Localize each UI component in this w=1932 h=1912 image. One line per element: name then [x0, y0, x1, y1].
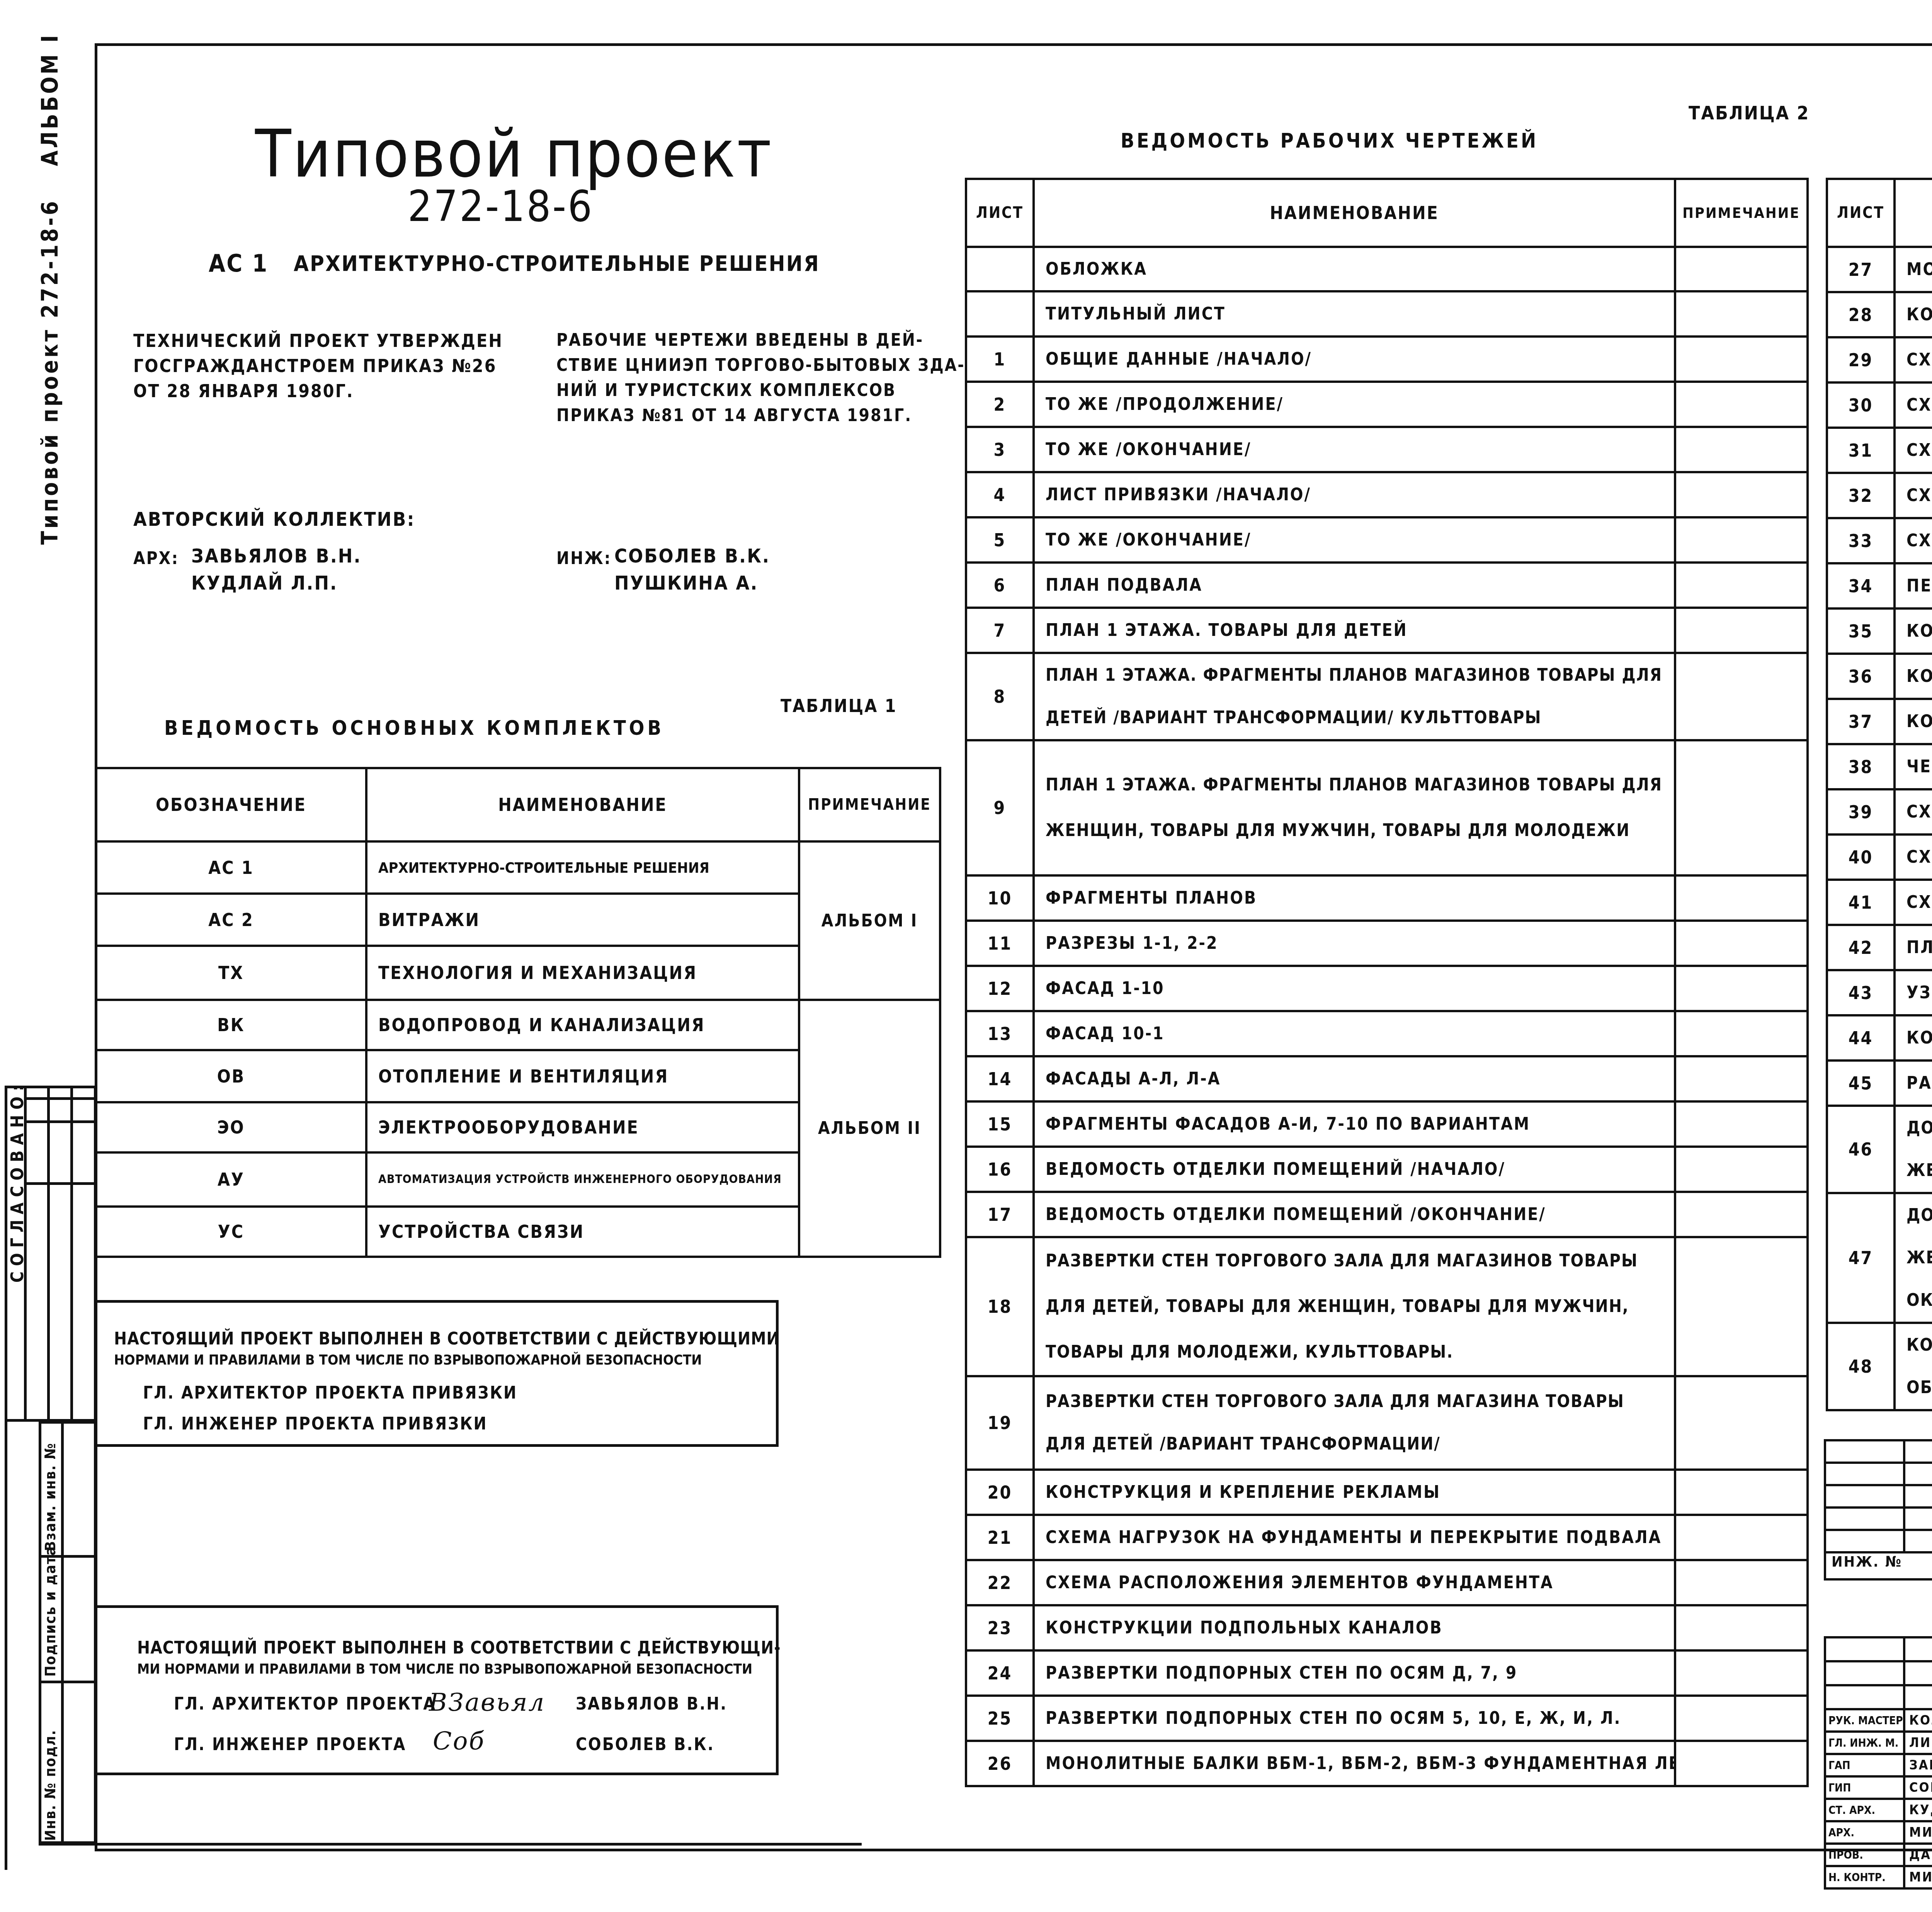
drawing-sheet-number: 46 — [1827, 1106, 1895, 1193]
drawing-sheet-number: 43 — [1827, 970, 1895, 1015]
revision-row — [1825, 1530, 1932, 1552]
table1-name: Технология и механизация — [366, 946, 799, 1000]
compliance-2-architect-name: Завьялов В.Н. — [576, 1694, 727, 1714]
drawing-row: 6План подвала — [966, 563, 1808, 608]
drawing-sheet-number: 28 — [1827, 292, 1895, 337]
drawing-name: Схема нагрузок на фундаменты и перекрыти… — [1034, 1515, 1675, 1560]
drawing-name: Ведомость отделки помещений /окончание/ — [1034, 1192, 1675, 1237]
drawing-name: Узлы и детали крыши — [1895, 970, 1932, 1015]
table1-name: Витражи — [366, 894, 799, 946]
table2-col-name: Наименование — [1034, 179, 1675, 247]
drawing-sheet-number: 6 — [966, 563, 1034, 608]
drawing-name: Схема порталов ворот и шахты воздухозабо… — [1895, 337, 1932, 382]
drawing-note — [1675, 1470, 1808, 1515]
drawing-name: Фрагменты планов — [1034, 875, 1675, 921]
drawing-row: 21Схема нагрузок на фундаменты и перекры… — [966, 1515, 1808, 1560]
agreed-divider-2 — [47, 1086, 50, 1422]
drawing-row: 3То же /окончание/ — [966, 427, 1808, 472]
staff-role: Рук. мастер. — [1825, 1709, 1904, 1732]
table1-name: Электрооборудование — [366, 1102, 799, 1152]
staff-name: Соболев — [1904, 1776, 1932, 1799]
drawing-name: Разрезы 1-1, 2-2 — [1034, 921, 1675, 966]
drawing-note — [1675, 1147, 1808, 1192]
inv-number-label: Инж. № — [1832, 1553, 1902, 1570]
drawing-note — [1675, 1650, 1808, 1696]
staff-role: Н. контр. — [1825, 1866, 1904, 1888]
drawing-row: 12Фасад 1-10 — [966, 966, 1808, 1011]
drawing-row: 32Схема элементов перекрытия над подвало… — [1827, 473, 1932, 518]
table1-row: АС 1Архитектурно-строительные решенияАль… — [96, 841, 940, 894]
title-block-staff: Рук. мастер.КолчинКолчинГл. инж. м.Линец… — [1824, 1636, 1932, 1890]
drawing-note — [1675, 1560, 1808, 1605]
staff-name: Давыдова — [1904, 1844, 1932, 1866]
drawing-name: Обложка — [1034, 247, 1675, 291]
drawing-sheet-number: 12 — [966, 966, 1034, 1011]
staff-name: Минасян — [1904, 1821, 1932, 1844]
drawing-row: 38Чертеж на заказ лифтов — [1827, 744, 1932, 789]
drawing-name: Титульный лист — [1034, 291, 1675, 337]
drawing-row: 27Монолитные балки ГБМ-1 и ГБМ-2 — [1827, 247, 1932, 292]
drawing-note — [1675, 608, 1808, 653]
drawing-note — [1675, 1515, 1808, 1560]
table1-title: Ведомость основных комплектов — [164, 717, 664, 740]
approval-line: Рабочие чертежи введены в дей- — [556, 330, 923, 350]
staff-name: Колчин — [1904, 1709, 1932, 1732]
drawing-sheet-number: 16 — [966, 1147, 1034, 1192]
drawing-row: 43Узлы и детали крыши — [1827, 970, 1932, 1015]
drawing-sheet-number: 37 — [1827, 699, 1895, 744]
drawing-name: Схема элементов покрытия, конструкции УМ… — [1895, 518, 1932, 563]
table1-label: таблица 1 — [781, 695, 897, 716]
drawing-row: Обложка — [966, 247, 1808, 291]
staff-empty-row — [1825, 1685, 1932, 1709]
drawing-row: 30Схема элементов каркаса подвала — [1827, 382, 1932, 428]
table1-code: АС 2 — [96, 894, 366, 946]
drawing-name: План 1 этажа. Фрагменты планов магазинов… — [1034, 653, 1675, 740]
drawing-sheet-number: 41 — [1827, 880, 1895, 925]
drawing-name: Конструкция и крепление рекламы — [1034, 1470, 1675, 1515]
drawing-note — [1675, 247, 1808, 291]
table1-col-note: Примечание — [799, 768, 940, 841]
table1-note: Альбом II — [799, 1000, 940, 1257]
drawing-sheet-number: 17 — [966, 1192, 1034, 1237]
staff-cell — [1825, 1637, 1904, 1661]
drawing-sheet-number: 13 — [966, 1011, 1034, 1056]
drawing-row: 37Конструкции шахт лифтов — [1827, 699, 1932, 744]
authors-eng-name: Соболев В.К. — [614, 545, 770, 567]
drawing-row: 24Развертки подпорных стен по осям Д, 7,… — [966, 1650, 1808, 1696]
drawing-sheet-number: 39 — [1827, 789, 1895, 834]
drawing-name: Схема расположения элементов фундамента — [1034, 1560, 1675, 1605]
drawing-note — [1675, 875, 1808, 921]
drawing-name: Фрагменты фасадов А-И, 7-10 по вариантам — [1034, 1101, 1675, 1147]
drawing-row: 19Развертки стен торгового зала для мага… — [966, 1376, 1808, 1470]
drawing-row: 15Фрагменты фасадов А-И, 7-10 по вариант… — [966, 1101, 1808, 1147]
staff-row: Н. контр.МинасянМин — [1825, 1866, 1932, 1888]
drawing-row: Титульный лист — [966, 291, 1808, 337]
revision-cell — [1825, 1508, 1904, 1530]
staff-row: Арх.МинасянМин — [1825, 1821, 1932, 1844]
drawing-name: Чертеж на заказ лифтов — [1895, 744, 1932, 789]
drawing-sheet-number: 5 — [966, 517, 1034, 563]
drawing-sheet-number: 18 — [966, 1237, 1034, 1376]
drawing-name: Схемы расположения стеновых панелей по о… — [1895, 789, 1932, 834]
drawing-name: План 1 этажа. Товары для детей — [1034, 608, 1675, 653]
approval-line: Госгражданстроем приказ №26 — [133, 355, 497, 376]
drawing-row: 5То же /окончание/ — [966, 517, 1808, 563]
drawing-name: Ведомость отделки помещений /начало/ — [1034, 1147, 1675, 1192]
staff-cell — [1904, 1637, 1932, 1661]
drawing-name: Конструкции крепления технологического о… — [1895, 1015, 1932, 1061]
revision-row — [1825, 1440, 1932, 1463]
drawing-row: 33Схема элементов покрытия, конструкции … — [1827, 518, 1932, 563]
compliance-2-line: Настоящий проект выполнен в соответствии… — [137, 1638, 781, 1658]
table1-main-sets: Обозначение Наименование Примечание АС 1… — [95, 767, 941, 1258]
drawing-sheet-number — [966, 247, 1034, 291]
table1-code: АУ — [96, 1152, 366, 1207]
drawing-name: Фасады А-Л, Л-А — [1034, 1056, 1675, 1101]
revision-cell — [1904, 1440, 1932, 1463]
drawing-note — [1675, 517, 1808, 563]
revision-cell — [1825, 1485, 1904, 1508]
drawing-sheet-number: 2 — [966, 382, 1034, 427]
drawing-row: 4Лист привязки /начало/ — [966, 472, 1808, 517]
agreed-divider-3 — [70, 1086, 73, 1422]
inventory-label-signature: Подпись и дата — [42, 1546, 59, 1677]
drawing-note — [1675, 1741, 1808, 1786]
table1-code: АС 1 — [96, 841, 366, 894]
drawing-note — [1675, 1237, 1808, 1376]
table2-label: таблица 2 — [1689, 102, 1810, 124]
inventory-label-replaced: Взам. инв. № — [42, 1443, 59, 1551]
lower-rule — [39, 1843, 862, 1846]
drawing-row: 18Развертки стен торгового зала для мага… — [966, 1237, 1808, 1376]
table2-cont-col-name: Наименование — [1895, 179, 1932, 247]
drawing-sheet-number: 24 — [966, 1650, 1034, 1696]
drawing-note — [1675, 1056, 1808, 1101]
drawing-sheet-number: 1 — [966, 337, 1034, 382]
drawing-sheet-number: 4 — [966, 472, 1034, 517]
table1-col-name: Наименование — [366, 768, 799, 841]
staff-name: Завьялов В. — [1904, 1754, 1932, 1776]
revision-row — [1825, 1485, 1932, 1508]
table1-name: Водопровод и канализация — [366, 1000, 799, 1050]
binding-project-code: Типовой проект 272-18-6 — [37, 199, 63, 545]
drawing-sheet-number — [966, 291, 1034, 337]
authors-arch-name: Кудлай Л.П. — [191, 572, 338, 594]
revision-cell — [1904, 1463, 1932, 1485]
approval-line: Технический проект утвержден — [133, 330, 503, 351]
compliance-1-chief-architect: Гл. архитектор проекта привязки — [143, 1383, 517, 1403]
drawing-sheet-number: 36 — [1827, 654, 1895, 699]
agreed-row-1 — [24, 1097, 97, 1100]
compliance-2-chief-architect: Гл. архитектор проекта — [174, 1694, 436, 1714]
compliance-2-chief-engineer: Гл. инженер проекта — [174, 1735, 406, 1754]
drawing-sheet-number: 27 — [1827, 247, 1895, 292]
drawing-name: План крыши — [1895, 925, 1932, 970]
drawing-name: Схема элементов каркаса подвала — [1895, 382, 1932, 428]
agreed-row-2 — [24, 1120, 97, 1123]
drawing-row: 23Конструкции подпольных каналов — [966, 1605, 1808, 1650]
table1-code: УС — [96, 1207, 366, 1257]
table1-code: ЭО — [96, 1102, 366, 1152]
set-name: Архитектурно-строительные решения — [294, 251, 820, 276]
staff-role: ГАП — [1825, 1754, 1904, 1776]
staff-empty-row — [1825, 1661, 1932, 1685]
staff-cell — [1825, 1661, 1904, 1685]
project-number: 272-18-6 — [408, 182, 594, 231]
authors-heading: Авторский коллектив: — [133, 508, 415, 530]
drawing-row: 20Конструкция и крепление рекламы — [966, 1470, 1808, 1515]
drawing-name: Схема элементов перекрытия над подвалом — [1895, 473, 1932, 518]
staff-row: Рук. мастер.КолчинКолчин — [1825, 1709, 1932, 1732]
drawing-row: 48Конструкции крепления технологического… — [1827, 1323, 1932, 1410]
revision-cell — [1825, 1530, 1904, 1552]
table2-working-drawings: Лист Наименование Примечание ОбложкаТиту… — [965, 178, 1809, 1787]
drawing-name: Дополнения и изменения к вариантам Товар… — [1895, 1106, 1932, 1193]
revision-cell — [1904, 1485, 1932, 1508]
drawing-name: Фасад 1-10 — [1034, 966, 1675, 1011]
drawing-row: 47Дополнения и изменения к вариантам Тов… — [1827, 1193, 1932, 1323]
drawing-row: 28Конструкции рампы — [1827, 292, 1932, 337]
drawing-sheet-number: 42 — [1827, 925, 1895, 970]
compliance-1-chief-engineer: Гл. инженер проекта привязки — [143, 1414, 488, 1434]
drawing-sheet-number: 25 — [966, 1696, 1034, 1741]
drawing-name: План 1 этажа. Фрагменты планов магазинов… — [1034, 740, 1675, 875]
staff-row: ГАПЗавьялов В.ВЗавьял — [1825, 1754, 1932, 1776]
approval-line: от 28 января 1980г. — [133, 381, 354, 401]
staff-empty-row — [1825, 1637, 1932, 1661]
staff-role: Гл. инж. м. — [1825, 1732, 1904, 1754]
drawing-sheet-number: 44 — [1827, 1015, 1895, 1061]
authors-arch-label: арх: — [133, 549, 179, 568]
drawing-row: 9План 1 этажа. Фрагменты планов магазино… — [966, 740, 1808, 875]
drawing-row: 41Схемы расположения панелей перегородок… — [1827, 880, 1932, 925]
drawing-row: 39Схемы расположения стеновых панелей по… — [1827, 789, 1932, 834]
table2-title: Ведомость рабочих чертежей — [1121, 129, 1538, 153]
drawing-row: 13Фасад 10-1 — [966, 1011, 1808, 1056]
drawing-note — [1675, 337, 1808, 382]
drawing-name: То же /продолжение/ — [1034, 382, 1675, 427]
drawing-sheet-number: 19 — [966, 1376, 1034, 1470]
drawing-sheet-number: 20 — [966, 1470, 1034, 1515]
drawing-sheet-number: 32 — [1827, 473, 1895, 518]
inventory-divider — [61, 1421, 64, 1844]
drawing-row: 46Дополнения и изменения к вариантам Тов… — [1827, 1106, 1932, 1193]
drawing-note — [1675, 1101, 1808, 1147]
drawing-sheet-number: 45 — [1827, 1061, 1895, 1106]
drawing-row: 8План 1 этажа. Фрагменты планов магазино… — [966, 653, 1808, 740]
drawing-note — [1675, 563, 1808, 608]
drawing-name: Конструкции приямков и цоколя под витрин… — [1895, 654, 1932, 699]
drawing-row: 26Монолитные балки ВБМ-1, ВБМ-2, ВБМ-3 Ф… — [966, 1741, 1808, 1786]
staff-row: Ст. арх.КудлайКудлай — [1825, 1799, 1932, 1821]
drawing-name: То же /окончание/ — [1034, 517, 1675, 563]
drawing-name: Развертки стен торгового зала для магази… — [1034, 1237, 1675, 1376]
approval-line: ствие ЦНИИЭП торгово-бытовых зда- — [556, 355, 965, 375]
table1-name: Отопление и вентиляция — [366, 1050, 799, 1102]
authors-eng-name: Пушкина А. — [614, 572, 758, 594]
drawing-note — [1675, 1605, 1808, 1650]
drawing-note — [1675, 291, 1808, 337]
drawing-sheet-number: 30 — [1827, 382, 1895, 428]
drawing-name: Фасад 10-1 — [1034, 1011, 1675, 1056]
drawing-row: 34Перекрытие монолитное на отм. 2.100 — [1827, 563, 1932, 608]
drawing-row: 31Схема элементов каркаса 1 этажа — [1827, 428, 1932, 473]
compliance-1-line: Настоящий проект выполнен в соответствии… — [114, 1329, 780, 1349]
drawing-note — [1675, 1011, 1808, 1056]
drawing-name: Конструкции шахт лифтов — [1895, 699, 1932, 744]
staff-role: Пров. — [1825, 1844, 1904, 1866]
drawing-sheet-number: 34 — [1827, 563, 1895, 608]
approval-line: приказ №81 от 14 августа 1981г. — [556, 406, 912, 425]
drawing-sheet-number: 21 — [966, 1515, 1034, 1560]
table2-cont-col-sheet: Лист — [1827, 179, 1895, 247]
table1-name: Автоматизация устройств инженерного обор… — [366, 1152, 799, 1207]
drawing-row: 29Схема порталов ворот и шахты воздухоза… — [1827, 337, 1932, 382]
staff-row: Пров.ДавыдоваДав — [1825, 1844, 1932, 1866]
drawing-sheet-number: 29 — [1827, 337, 1895, 382]
drawing-name: Перекрытие монолитное на отм. 2.100 — [1895, 563, 1932, 608]
drawing-row: 16Ведомость отделки помещений /начало/ — [966, 1147, 1808, 1192]
revision-cell — [1904, 1530, 1932, 1552]
drawing-note — [1675, 427, 1808, 472]
drawing-row: 17Ведомость отделки помещений /окончание… — [966, 1192, 1808, 1237]
table1-name: Архитектурно-строительные решения — [366, 841, 799, 894]
staff-name: Линецкий — [1904, 1732, 1932, 1754]
set-code: АС 1 — [209, 249, 268, 277]
inventory-label-original: Инв. № подл. — [42, 1729, 59, 1841]
drawing-note — [1675, 382, 1808, 427]
drawing-note — [1675, 966, 1808, 1011]
staff-row: ГИПСоболевСоб — [1825, 1776, 1932, 1799]
drawing-sheet-number: 35 — [1827, 608, 1895, 654]
drawing-row: 42План крыши — [1827, 925, 1932, 970]
drawing-sheet-number: 11 — [966, 921, 1034, 966]
compliance-2-engineer-name: Соболев В.К. — [576, 1735, 714, 1754]
drawing-row: 7План 1 этажа. Товары для детей — [966, 608, 1808, 653]
drawing-note — [1675, 921, 1808, 966]
drawing-note — [1675, 1192, 1808, 1237]
inventory-row-2 — [39, 1681, 97, 1683]
table1-row: ВКВодопровод и канализацияАльбом II — [96, 1000, 940, 1050]
drawing-row: 11Разрезы 1-1, 2-2 — [966, 921, 1808, 966]
drawing-sheet-number: 14 — [966, 1056, 1034, 1101]
table2-col-sheet: Лист — [966, 179, 1034, 247]
staff-name: Кудлай — [1904, 1799, 1932, 1821]
drawing-note — [1675, 472, 1808, 517]
drawing-row: 22Схема расположения элементов фундамент… — [966, 1560, 1808, 1605]
drawing-name: Конструкции подпольных каналов — [1034, 1605, 1675, 1650]
compliance-2-architect-signature: ВЗавьял — [429, 1688, 545, 1717]
drawing-row: 1Общие данные /начало/ — [966, 337, 1808, 382]
drawing-sheet-number: 33 — [1827, 518, 1895, 563]
drawing-name: То же /окончание/ — [1034, 427, 1675, 472]
drawing-name: Монолитные балки ГБМ-1 и ГБМ-2 — [1895, 247, 1932, 292]
staff-cell — [1825, 1685, 1904, 1709]
drawing-note — [1675, 653, 1808, 740]
drawing-sheet-number: 8 — [966, 653, 1034, 740]
staff-row: Гл. инж. м.ЛинецкийЛинецк — [1825, 1732, 1932, 1754]
binding-album-label: Альбом I — [37, 33, 63, 166]
drawing-sheet-number: 40 — [1827, 834, 1895, 880]
drawing-name: Дополнения и изменения к вариантам Товар… — [1895, 1193, 1932, 1323]
drawing-sheet-number: 7 — [966, 608, 1034, 653]
drawing-name: Расход материалов на звено воздуховода — [1895, 1061, 1932, 1106]
table1-name: Устройства связи — [366, 1207, 799, 1257]
table2-continuation: Лист Наименование Примечание 27Монолитны… — [1826, 178, 1932, 1411]
drawing-sheet-number: 3 — [966, 427, 1034, 472]
drawing-sheet-number: 22 — [966, 1560, 1034, 1605]
compliance-2-line: ми нормами и правилами в том числе по вз… — [137, 1661, 752, 1677]
compliance-1-line: нормами и правилами в том числе по взрыв… — [114, 1352, 702, 1368]
staff-role: Арх. — [1825, 1821, 1904, 1844]
drawing-row: 2То же /продолжение/ — [966, 382, 1808, 427]
drawing-sheet-number: 38 — [1827, 744, 1895, 789]
revision-row — [1825, 1508, 1932, 1530]
drawing-row: 35Конструкции лестниц 1 и 2 — [1827, 608, 1932, 654]
drawing-row: 10Фрагменты планов — [966, 875, 1808, 921]
revision-row — [1825, 1463, 1932, 1485]
staff-cell — [1904, 1661, 1932, 1685]
staff-role: Ст. арх. — [1825, 1799, 1904, 1821]
authors-arch-name: Завьялов В.Н. — [191, 545, 362, 567]
drawing-sheet-number: 10 — [966, 875, 1034, 921]
staff-name: Минасян — [1904, 1866, 1932, 1888]
table1-note: Альбом I — [799, 841, 940, 1000]
drawing-name: Схемы расположения стеновых панелей по о… — [1895, 834, 1932, 880]
drawing-name: Развертки подпорных стен по осям 5, 10, … — [1034, 1696, 1675, 1741]
drawing-name: Монолитные балки ВБМ-1, ВБМ-2, ВБМ-3 Фун… — [1034, 1741, 1675, 1786]
drawing-sheet-number: 48 — [1827, 1323, 1895, 1410]
drawing-name: Схема элементов каркаса 1 этажа — [1895, 428, 1932, 473]
drawing-row: 44Конструкции крепления технологического… — [1827, 1015, 1932, 1061]
drawing-note — [1675, 1696, 1808, 1741]
drawing-sheet-number: 15 — [966, 1101, 1034, 1147]
table1-col-code: Обозначение — [96, 768, 366, 841]
drawing-name: План подвала — [1034, 563, 1675, 608]
table2-col-note: Примечание — [1675, 179, 1808, 247]
drawing-name: Лист привязки /начало/ — [1034, 472, 1675, 517]
table1-code: ТХ — [96, 946, 366, 1000]
drawing-note — [1675, 1376, 1808, 1470]
agreed-label: Согласовано: — [8, 1079, 27, 1283]
staff-cell — [1904, 1685, 1932, 1709]
drawing-name: Конструкции крепления технологического о… — [1895, 1323, 1932, 1410]
staff-role: ГИП — [1825, 1776, 1904, 1799]
drawing-row: 45Расход материалов на звено воздуховода — [1827, 1061, 1932, 1106]
drawing-sheet-number: 9 — [966, 740, 1034, 875]
agreed-row-3 — [24, 1182, 97, 1185]
drawing-name: Развертки подпорных стен по осям Д, 7, 9 — [1034, 1650, 1675, 1696]
authors-eng-label: инж: — [556, 549, 612, 568]
drawing-name: Развертки стен торгового зала для магази… — [1034, 1376, 1675, 1470]
revision-cell — [1825, 1440, 1904, 1463]
drawing-row: 36Конструкции приямков и цоколя под витр… — [1827, 654, 1932, 699]
table1-code: ОВ — [96, 1050, 366, 1102]
revision-cell — [1825, 1463, 1904, 1485]
drawing-row: 25Развертки подпорных стен по осям 5, 10… — [966, 1696, 1808, 1741]
drawing-sheet-number: 26 — [966, 1741, 1034, 1786]
revision-cell — [1904, 1508, 1932, 1530]
drawing-row: 14Фасады А-Л, Л-А — [966, 1056, 1808, 1101]
compliance-2-engineer-signature: Соб — [433, 1727, 485, 1756]
approval-line: ний и туристских комплексов — [556, 381, 896, 400]
drawing-row: 40Схемы расположения стеновых панелей по… — [1827, 834, 1932, 880]
drawing-name: Схемы расположения панелей перегородок и… — [1895, 880, 1932, 925]
title: Типовой проект — [255, 116, 773, 192]
drawing-sheet-number: 31 — [1827, 428, 1895, 473]
